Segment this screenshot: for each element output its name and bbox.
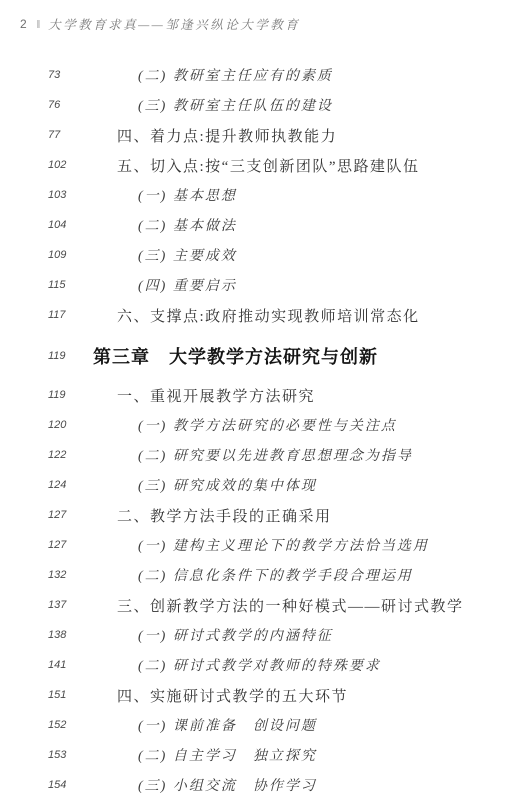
toc-entry: 120 (一) 教学方法研究的必要性与关注点: [48, 410, 502, 440]
toc-entry-title: (三) 主要成效: [93, 245, 237, 265]
toc-entry: 122 (二) 研究要以先进教育思想理念为指导: [48, 440, 502, 470]
toc-entry-title: (三) 教研室主任队伍的建设: [93, 95, 333, 115]
toc-entry-page-number: 103: [48, 189, 93, 201]
toc-entry-page-number: 127: [48, 539, 93, 551]
toc-entry: 151 四、实施研讨式教学的五大环节: [48, 680, 502, 710]
toc-entry-title: (二) 教研室主任应有的素质: [93, 65, 333, 85]
toc-chapter-entry: 119 第三章 大学教学方法研究与创新: [48, 338, 502, 374]
toc-entry-page-number: 104: [48, 219, 93, 231]
toc-entry-page-number: 109: [48, 249, 93, 261]
toc-entry: 154 (三) 小组交流 协作学习: [48, 770, 502, 800]
toc-entry-title: (二) 自主学习 独立探究: [93, 745, 317, 765]
toc-entry: 152 (一) 课前准备 创设问题: [48, 710, 502, 740]
toc-entry-title: 二、教学方法手段的正确采用: [93, 505, 332, 526]
toc-entry-title: (三) 小组交流 协作学习: [93, 775, 317, 795]
toc-entry-page-number: 154: [48, 779, 93, 791]
toc-entry: 138 (一) 研讨式教学的内涵特征: [48, 620, 502, 650]
toc-list: 73 (二) 教研室主任应有的素质 76 (三) 教研室主任队伍的建设 77 四…: [48, 60, 502, 800]
toc-entry-page-number: 127: [48, 509, 93, 521]
toc-entry-title: (二) 研讨式教学对教师的特殊要求: [93, 655, 381, 675]
toc-entry: 127 二、教学方法手段的正确采用: [48, 500, 502, 530]
toc-entry-title: (一) 建构主义理论下的教学方法恰当选用: [93, 535, 429, 555]
toc-entry-page-number: 137: [48, 599, 93, 611]
toc-entry: 119 一、重视开展教学方法研究: [48, 380, 502, 410]
toc-entry-page-number: 151: [48, 689, 93, 701]
toc-entry-page-number: 153: [48, 749, 93, 761]
toc-entry-title: 五、切入点:按“三支创新团队”思路建队伍: [93, 155, 420, 176]
toc-entry: 73 (二) 教研室主任应有的素质: [48, 60, 502, 90]
toc-entry-page-number: 141: [48, 659, 93, 671]
toc-entry-page-number: 138: [48, 629, 93, 641]
toc-entry-page-number: 76: [48, 99, 93, 111]
toc-entry-title: (二) 基本做法: [93, 215, 237, 235]
toc-entry-page-number: 124: [48, 479, 93, 491]
toc-entry-title: 六、支撑点:政府推动实现教师培训常态化: [93, 305, 420, 326]
toc-entry-title: (二) 信息化条件下的教学手段合理运用: [93, 565, 413, 585]
toc-entry-page-number: 117: [48, 309, 93, 321]
header-page-number: 2: [20, 17, 27, 31]
toc-entry-page-number: 77: [48, 129, 93, 141]
header-book-title: 大学教育求真——邹逢兴纵论大学教育: [48, 15, 300, 33]
toc-entry: 76 (三) 教研室主任队伍的建设: [48, 90, 502, 120]
toc-entry: 137 三、创新教学方法的一种好模式——研讨式教学: [48, 590, 502, 620]
toc-entry: 109 (三) 主要成效: [48, 240, 502, 270]
toc-entry-title: (三) 研究成效的集中体现: [93, 475, 317, 495]
running-header: 2 ‖ 大学教育求真——邹逢兴纵论大学教育: [20, 15, 300, 33]
toc-entry-page-number: 102: [48, 159, 93, 171]
toc-entry-title: (一) 研讨式教学的内涵特征: [93, 625, 333, 645]
toc-entry-page-number: 120: [48, 419, 93, 431]
toc-entry: 104 (二) 基本做法: [48, 210, 502, 240]
toc-entry-title: (一) 课前准备 创设问题: [93, 715, 317, 735]
toc-entry: 103 (一) 基本思想: [48, 180, 502, 210]
toc-entry-title: (一) 教学方法研究的必要性与关注点: [93, 415, 397, 435]
toc-entry-title: 四、实施研讨式教学的五大环节: [93, 685, 348, 706]
toc-entry: 124 (三) 研究成效的集中体现: [48, 470, 502, 500]
toc-entry-title: (一) 基本思想: [93, 185, 237, 205]
toc-entry-page-number: 152: [48, 719, 93, 731]
toc-entry-page-number: 132: [48, 569, 93, 581]
header-divider-bars: ‖: [37, 17, 40, 32]
toc-entry-title: 四、着力点:提升教师执教能力: [93, 125, 337, 146]
toc-entry: 132 (二) 信息化条件下的教学手段合理运用: [48, 560, 502, 590]
toc-entry: 102 五、切入点:按“三支创新团队”思路建队伍: [48, 150, 502, 180]
toc-entry: 115 (四) 重要启示: [48, 270, 502, 300]
toc-entry-title: 一、重视开展教学方法研究: [93, 385, 315, 406]
toc-entry-page-number: 122: [48, 449, 93, 461]
toc-entry-title: 第三章 大学教学方法研究与创新: [93, 343, 378, 369]
toc-entry-page-number: 73: [48, 69, 93, 81]
toc-entry-page-number: 119: [48, 350, 93, 362]
toc-entry: 141 (二) 研讨式教学对教师的特殊要求: [48, 650, 502, 680]
toc-page: 2 ‖ 大学教育求真——邹逢兴纵论大学教育 73 (二) 教研室主任应有的素质 …: [0, 0, 510, 800]
toc-entry: 77 四、着力点:提升教师执教能力: [48, 120, 502, 150]
toc-entry-page-number: 119: [48, 389, 93, 401]
toc-entry: 127 (一) 建构主义理论下的教学方法恰当选用: [48, 530, 502, 560]
toc-entry-title: 三、创新教学方法的一种好模式——研讨式教学: [93, 595, 464, 616]
toc-entry: 153 (二) 自主学习 独立探究: [48, 740, 502, 770]
toc-entry: 117 六、支撑点:政府推动实现教师培训常态化: [48, 300, 502, 330]
toc-entry-page-number: 115: [48, 279, 93, 291]
toc-entry-title: (四) 重要启示: [93, 275, 237, 295]
toc-entry-title: (二) 研究要以先进教育思想理念为指导: [93, 445, 413, 465]
